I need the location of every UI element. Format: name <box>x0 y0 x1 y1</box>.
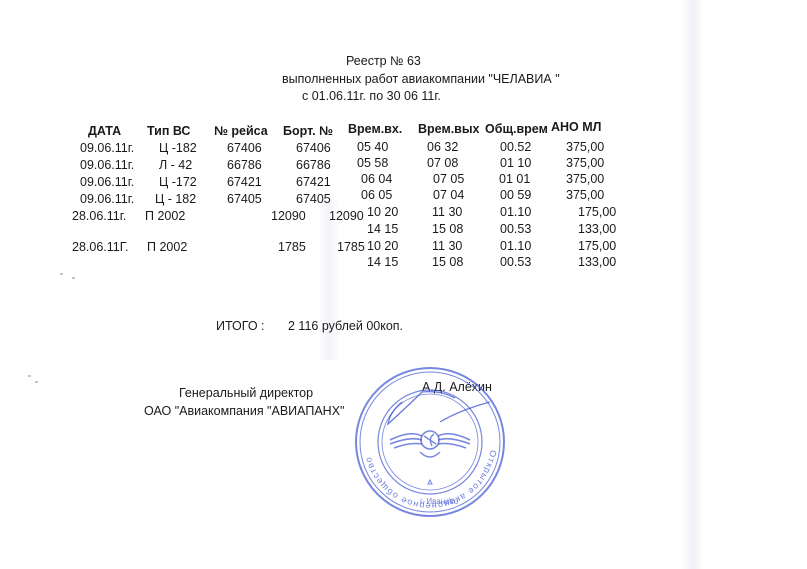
cell-time-out: 07 05 <box>433 173 464 186</box>
cell-total: 01 01 <box>499 173 530 186</box>
cell-time-out: 06 32 <box>427 141 458 154</box>
cell-total: 01.10 <box>500 240 531 253</box>
cell-amount: 133,00 <box>578 223 616 236</box>
cell-amount: 375,00 <box>566 189 604 202</box>
cell-time-in: 14 15 <box>367 223 398 236</box>
cell-amount: 375,00 <box>566 173 604 186</box>
cell-flight: 67421 <box>227 176 262 189</box>
cell-amount: 175,00 <box>578 240 616 253</box>
cell-time-out: 11 30 <box>432 206 462 219</box>
document-period: с 01.06.11г. по 30 06 11г. <box>302 90 441 103</box>
cell-time-out: 07 08 <box>427 157 458 170</box>
signer-company: ОАО "Авиакомпания "АВИАПАНХ" <box>144 405 344 418</box>
cell-time-in: 14 15 <box>367 256 398 269</box>
header-col-board: Борт. № <box>283 125 333 138</box>
header-col-date: ДАТА <box>88 125 121 138</box>
stamp-city: г. Иваново <box>420 497 459 506</box>
cell-time-in: 10 20 <box>367 206 398 219</box>
cell-amount: 375,00 <box>566 157 604 170</box>
header-col-flight: № рейса <box>214 125 268 138</box>
header-col-amount: АНО МЛ <box>551 121 601 134</box>
header-col-type: Тип ВС <box>147 125 190 138</box>
header-col-time-out: Врем.вых <box>418 123 479 136</box>
cell-type: П 2002 <box>145 210 185 223</box>
cell-flight: 67406 <box>227 142 262 155</box>
cell-date: 28.06.11Г. <box>72 241 128 254</box>
cell-total: 00.53 <box>500 223 531 236</box>
cell-total: 01 10 <box>500 157 531 170</box>
cell-time-in: 10 20 <box>367 240 398 253</box>
company-seal-stamp: Открытое акционерное общество г. Иваново <box>350 362 510 522</box>
cell-total: 00.52 <box>500 141 531 154</box>
document-subtitle: выполненных работ авиакомпании "ЧЕЛАВИА … <box>282 73 560 86</box>
total-label: ИТОГО : <box>216 320 265 333</box>
cell-type: Л - 42 <box>159 159 192 172</box>
cell-flight: 66786 <box>227 159 262 172</box>
cell-board: 12090 <box>329 210 364 223</box>
cell-amount: 375,00 <box>566 141 604 154</box>
scan-speck <box>72 277 75 279</box>
signer-position: Генеральный директор <box>179 387 313 400</box>
cell-time-in: 06 05 <box>361 189 392 202</box>
cell-total: 00 59 <box>500 189 531 202</box>
cell-time-in: 06 04 <box>361 173 392 186</box>
header-col-time-in: Врем.вх. <box>348 123 402 136</box>
scanned-document: Реестр № 63 выполненных работ авиакомпан… <box>0 0 807 569</box>
header-col-total-time: Общ.врем <box>485 123 548 136</box>
cell-time-out: 11 30 <box>432 240 462 253</box>
document-title: Реестр № 63 <box>346 55 421 68</box>
cell-board: 67421 <box>296 176 331 189</box>
scan-fold-shadow <box>318 200 340 360</box>
cell-time-out: 15 08 <box>432 223 463 236</box>
cell-date: 09.06.11г. <box>80 176 134 189</box>
cell-flight: 1785 <box>278 241 306 254</box>
cell-type: П 2002 <box>147 241 187 254</box>
cell-date: 09.06.11г. <box>80 159 134 172</box>
cell-date: 09.06.11г. <box>80 193 134 206</box>
cell-amount: 133,00 <box>578 256 616 269</box>
cell-type: Ц -172 <box>159 176 197 189</box>
total-value: 2 116 рублей 00коп. <box>288 320 403 333</box>
cell-date: 09.06.11г. <box>80 142 134 155</box>
cell-board: 67405 <box>296 193 331 206</box>
cell-time-in: 05 58 <box>357 157 388 170</box>
cell-flight: 12090 <box>271 210 306 223</box>
cell-board: 1785 <box>337 241 365 254</box>
cell-flight: 67405 <box>227 193 262 206</box>
cell-amount: 175,00 <box>578 206 616 219</box>
cell-type: Ц - 182 <box>155 193 196 206</box>
cell-board: 67406 <box>296 142 331 155</box>
cell-time-out: 15 08 <box>432 256 463 269</box>
scan-speck <box>28 375 31 377</box>
scan-speck <box>35 381 38 383</box>
cell-total: 01.10 <box>500 206 531 219</box>
cell-total: 00.53 <box>500 256 531 269</box>
cell-time-out: 07 04 <box>433 189 464 202</box>
cell-time-in: 05 40 <box>357 141 388 154</box>
cell-date: 28.06.11г. <box>72 210 126 223</box>
scan-speck <box>60 273 63 275</box>
cell-board: 66786 <box>296 159 331 172</box>
cell-type: Ц -182 <box>159 142 197 155</box>
scan-fold-shadow <box>682 0 704 569</box>
